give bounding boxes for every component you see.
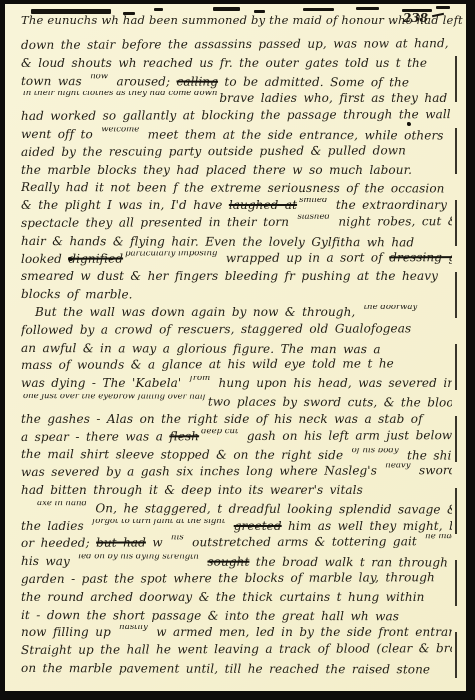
- line-text: garden - past the spot where the blocks …: [21, 570, 435, 586]
- page-edge-shadow: [455, 56, 457, 683]
- manuscript-line: axe in hand On, he staggered, t dreadful…: [21, 501, 452, 520]
- inserted-word: particularly imposing: [125, 250, 217, 258]
- line-text: & loud shouts wh reached us fr. the oute…: [21, 56, 427, 70]
- inserted-word: forgot to turn faint at the sight: [92, 519, 225, 526]
- line-text: was severed by a gash six inches long wh…: [21, 464, 383, 480]
- header-line: The eunuchs wh had been summoned by the …: [21, 13, 450, 27]
- line-text: gash on his left arm just below where: [240, 428, 452, 443]
- manuscript-line: had bitten through it & deep into its we…: [21, 483, 452, 501]
- line-text: smeared w dust & her fingers bleeding fr…: [21, 269, 438, 283]
- line-text: the gashes - Alas on the right side of h…: [21, 412, 423, 426]
- manuscript-scan: The eunuchs wh had been summoned by the …: [0, 0, 475, 700]
- line-text: outstretched arms & tottering gait: [186, 535, 424, 550]
- line-text: brave ladies who, first as they had been: [219, 91, 452, 105]
- line-text: on the marble pavement until, till he re…: [21, 661, 430, 676]
- manuscript-line: the gashes - Alas on the right side of h…: [21, 412, 452, 430]
- line-text: On, he staggered, t dreadful looking spl…: [89, 501, 452, 516]
- ink-blot: [68, 257, 73, 261]
- manuscript-line: looked dignified particularly imposing w…: [21, 250, 452, 270]
- inserted-word: in their night clothes as they had come …: [23, 91, 217, 98]
- line-text: the extraordinary: [329, 198, 447, 212]
- line-text: the ladies: [21, 519, 90, 533]
- struck-word: greeted: [234, 519, 282, 533]
- line-text: down the stair before the assassins pass…: [21, 36, 449, 52]
- line-text: now filling up: [21, 625, 117, 639]
- manuscript-line: But the wall was down again by now & thr…: [21, 305, 452, 323]
- line-text: had worked so gallantly at blocking the …: [21, 107, 451, 123]
- line-text: w armed men, led in by the side front en…: [150, 625, 452, 639]
- manuscript-line: aided by the rescuing party outside push…: [21, 143, 452, 163]
- line-text: night robes, cut & grimy: [332, 214, 452, 229]
- line-text: the shirt: [401, 449, 452, 463]
- manuscript-line: smeared w dust & her fingers bleeding fr…: [21, 269, 452, 287]
- line-text: had bitten through it & deep into its we…: [21, 483, 363, 497]
- line-text: looked: [21, 251, 68, 265]
- manuscript-line: & the plight I was in, I'd have laughed …: [21, 198, 452, 216]
- line-text: mass of wounds & a glance at his wild ey…: [21, 357, 394, 373]
- inserted-word: he made: [425, 534, 452, 541]
- line-text: an awful & in a way a glorious figure. T…: [21, 341, 381, 356]
- inserted-word: smiled: [299, 198, 327, 205]
- inserted-word: hastily: [119, 625, 148, 632]
- line-text: to be admitted. Some of the: [218, 74, 409, 89]
- inserted-word: heavy: [385, 463, 410, 470]
- line-text: w: [146, 536, 169, 550]
- manuscript-line: garden - past the spot where the blocks …: [21, 570, 452, 590]
- manuscript-line: was dying - The 'Kabela' from hung upon …: [21, 376, 452, 394]
- line-text: aided by the rescuing party outside push…: [21, 143, 406, 159]
- manuscript-line: blocks of marble.: [21, 287, 452, 306]
- line-text: blocks of marble.: [21, 287, 133, 301]
- line-text: was dying - The 'Kabela': [21, 376, 188, 390]
- line-text: spectacle they all presented in their to…: [21, 215, 296, 230]
- line-text: But the wall was down again by now & thr…: [35, 305, 362, 319]
- line-text: wrapped up in a sort of: [219, 250, 389, 265]
- manuscript-line: was severed by a gash six inches long wh…: [21, 463, 452, 483]
- page-number: 238: [403, 11, 444, 25]
- line-text: the marble blocks they had placed there …: [21, 163, 412, 177]
- line-text: sword: [413, 463, 453, 477]
- line-text: the round arched doorway & the thick cur…: [21, 590, 425, 604]
- inserted-word: led on by his dying strength: [78, 554, 199, 562]
- manuscript-line: down the stair before the assassins pass…: [21, 36, 452, 56]
- manuscript-paper: The eunuchs wh had been summoned by the …: [5, 4, 466, 691]
- manuscript-line: had worked so gallantly at blocking the …: [21, 107, 452, 127]
- inserted-word: from: [190, 376, 210, 383]
- inserted-word: axe in hand: [37, 501, 87, 508]
- ink-blot: [407, 122, 411, 126]
- struck-word: sought: [207, 555, 249, 569]
- line-text: a spear - there was a: [21, 429, 169, 444]
- manuscript-lines: down the stair before the assassins pass…: [21, 38, 452, 679]
- line-text: him as well they might, but he never sto…: [282, 519, 452, 533]
- line-text: hung upon his head, was severed in: [212, 376, 452, 390]
- manuscript-line: one just over the eyebrow falling over h…: [21, 394, 452, 413]
- line-text: the mail shirt sleeve stopped & on the r…: [21, 447, 350, 462]
- line-text: town was: [21, 74, 88, 88]
- line-text: & the plight I was in, I'd have: [21, 198, 229, 212]
- line-text: followed by a crowd of rescuers, stagger…: [21, 321, 411, 337]
- struck-word: calling: [176, 74, 218, 88]
- line-text: the broad walk t ran through the court y…: [249, 555, 452, 570]
- inserted-word: of his body: [352, 447, 399, 455]
- line-text: two places by sword cuts, & the blood po…: [208, 395, 452, 410]
- inserted-word: welcome: [101, 127, 139, 134]
- struck-word: flesh: [169, 429, 199, 443]
- line-text: aroused;: [110, 74, 177, 88]
- manuscript-line: town was now aroused; calling to be admi…: [21, 74, 452, 93]
- line-text: his way: [21, 554, 76, 568]
- inserted-word: deep cut: [201, 428, 238, 436]
- struck-word: dressing gown: [389, 250, 452, 264]
- manuscript-line: a spear - there was a flesh deep cut gas…: [21, 428, 452, 448]
- manuscript-line: spectacle they all presented in their to…: [21, 214, 452, 234]
- manuscript-line: Really had it not been f the extreme ser…: [21, 180, 452, 199]
- manuscript-line: Straight up the hall he went leaving a t…: [21, 641, 452, 661]
- struck-word: laughed at: [229, 198, 297, 212]
- manuscript-line: & loud shouts wh reached us fr. the oute…: [21, 56, 452, 74]
- inserted-word: slashed: [297, 214, 330, 222]
- struck-word: but had: [96, 536, 146, 550]
- line-text: Straight up the hall he went leaving a t…: [21, 641, 452, 657]
- struck-word: dignified: [68, 251, 123, 265]
- line-text: went off to: [21, 127, 99, 141]
- line-text: hair & hands & flying hair. Even the lov…: [21, 234, 414, 249]
- line-text: it - down the short passage & into the g…: [21, 608, 399, 623]
- manuscript-line: followed by a crowd of rescuers, stagger…: [21, 321, 452, 341]
- manuscript-line: it - down the short passage & into the g…: [21, 608, 452, 627]
- inserted-word: the doorway: [364, 305, 418, 312]
- inserted-word: his: [171, 534, 184, 542]
- inserted-word: now: [90, 74, 108, 81]
- inserted-word: one just over the eyebrow falling over h…: [23, 394, 206, 402]
- manuscript-line: on the marble pavement until, till he re…: [21, 661, 452, 680]
- manuscript-line: mass of wounds & a glance at his wild ey…: [21, 356, 452, 376]
- line-text: meet them at the side entrance, while ot…: [141, 127, 443, 142]
- manuscript-line: the marble blocks they had placed there …: [21, 163, 452, 181]
- manuscript-line: or heeded; but had w his outstretched ar…: [21, 534, 452, 554]
- line-text: or heeded;: [21, 536, 96, 550]
- line-text: Really had it not been f the extreme ser…: [21, 180, 445, 195]
- manuscript-line: the round arched doorway & the thick cur…: [21, 590, 452, 608]
